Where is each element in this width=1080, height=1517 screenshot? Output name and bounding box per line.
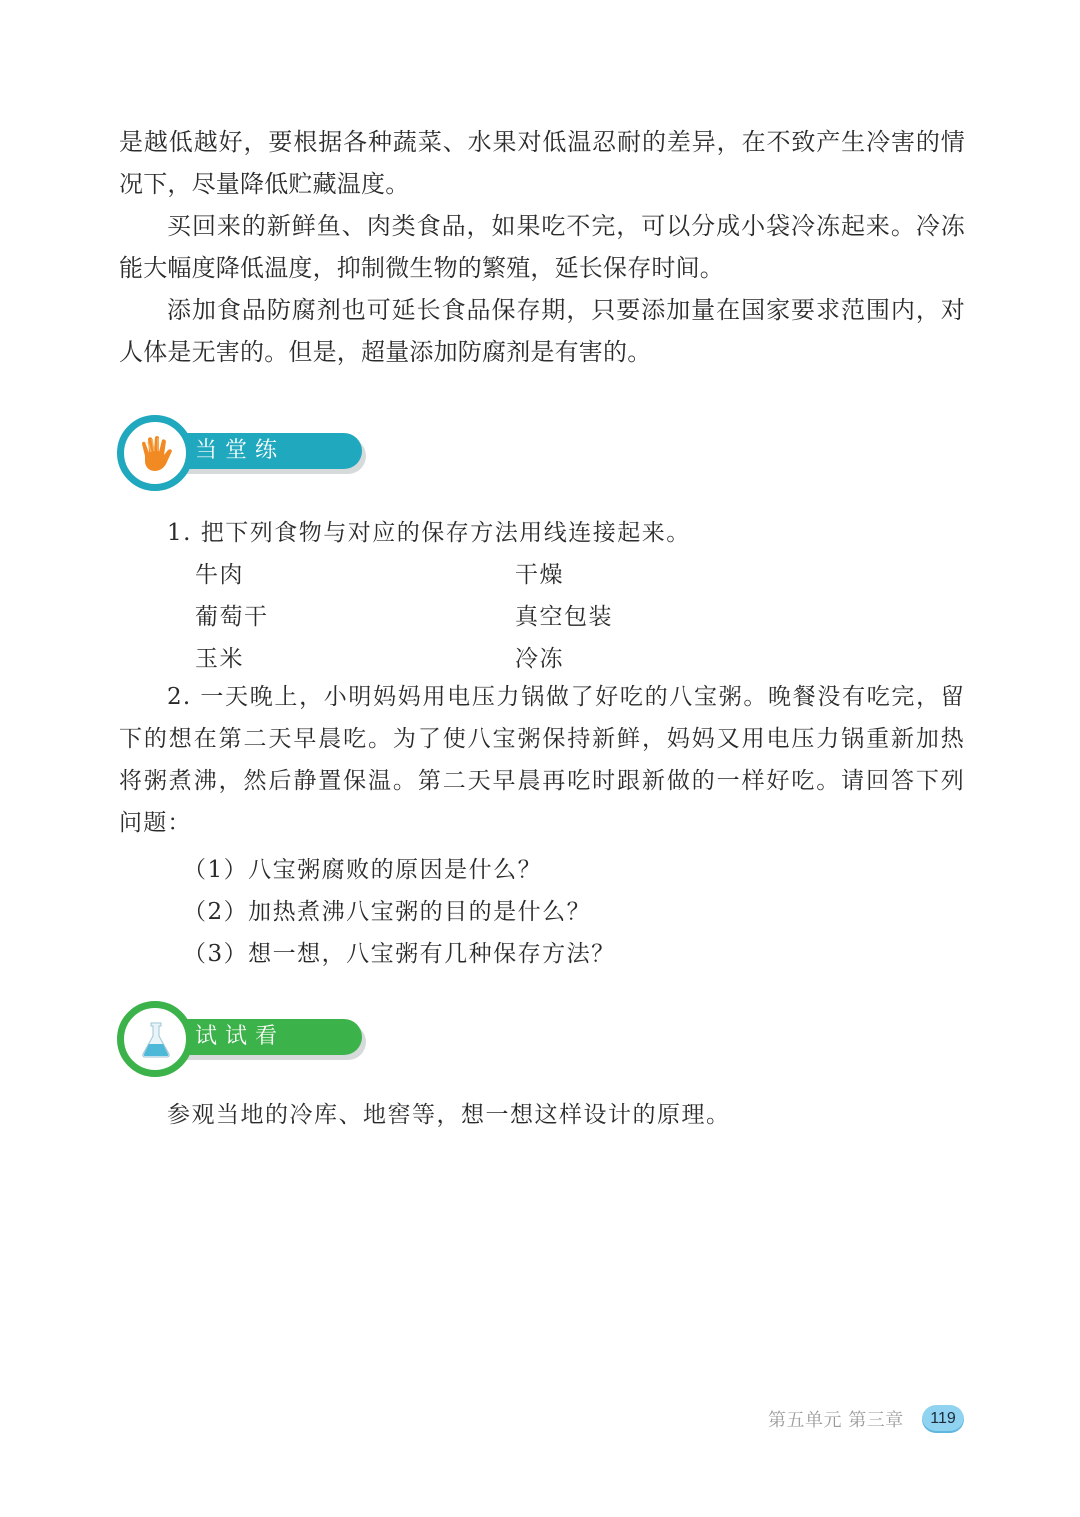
sub-question: （3）想一想，八宝粥有几种保存方法？ [183,935,616,968]
chapter-label: 第五单元 第三章 [768,1406,904,1432]
practice-banner-label: 当堂练 [195,437,285,465]
banner-ring [117,1001,193,1077]
method-item: 冷冻 [515,640,564,673]
food-item: 玉米 [195,640,244,673]
hand-icon [136,434,176,474]
method-item: 干燥 [515,556,564,589]
practice-banner: 当堂练 [117,415,367,489]
food-item: 葡萄干 [195,598,269,631]
banner-ring [117,415,193,491]
method-item: 真空包装 [515,598,613,631]
sub-question: （2）加热煮沸八宝粥的目的是什么？ [183,893,591,926]
paragraph-preservatives: 添加食品防腐剂也可延长食品保存期，只要添加量在国家要求范围内，对人体是无害的。但… [119,289,965,373]
try-activity-text: 参观当地的冷库、地窖等，想一想这样设计的原理。 [167,1096,731,1129]
try-banner-label: 试试看 [195,1023,285,1051]
page-number-badge: 119 [922,1405,964,1433]
paragraph-freezing: 买回来的新鲜鱼、肉类食品，如果吃不完，可以分成小袋冷冻起来。冷冻能大幅度降低温度… [119,205,965,289]
try-banner: 试试看 [117,1001,367,1075]
food-item: 牛肉 [195,556,244,589]
question-2-prompt: 2. 一天晚上，小明妈妈用电压力锅做了好吃的八宝粥。晚餐没有吃完，留下的想在第二… [119,676,965,844]
textbook-page: 是越低越好，要根据各种蔬菜、水果对低温忍耐的差异，在不致产生冷害的情况下，尽量降… [0,0,1080,1517]
flask-icon [136,1020,176,1060]
paragraph-low-temp: 是越低越好，要根据各种蔬菜、水果对低温忍耐的差异，在不致产生冷害的情况下，尽量降… [119,121,965,205]
question-1-prompt: 1. 把下列食物与对应的保存方法用线连接起来。 [167,514,691,547]
sub-question: （1）八宝粥腐败的原因是什么？ [183,851,542,884]
